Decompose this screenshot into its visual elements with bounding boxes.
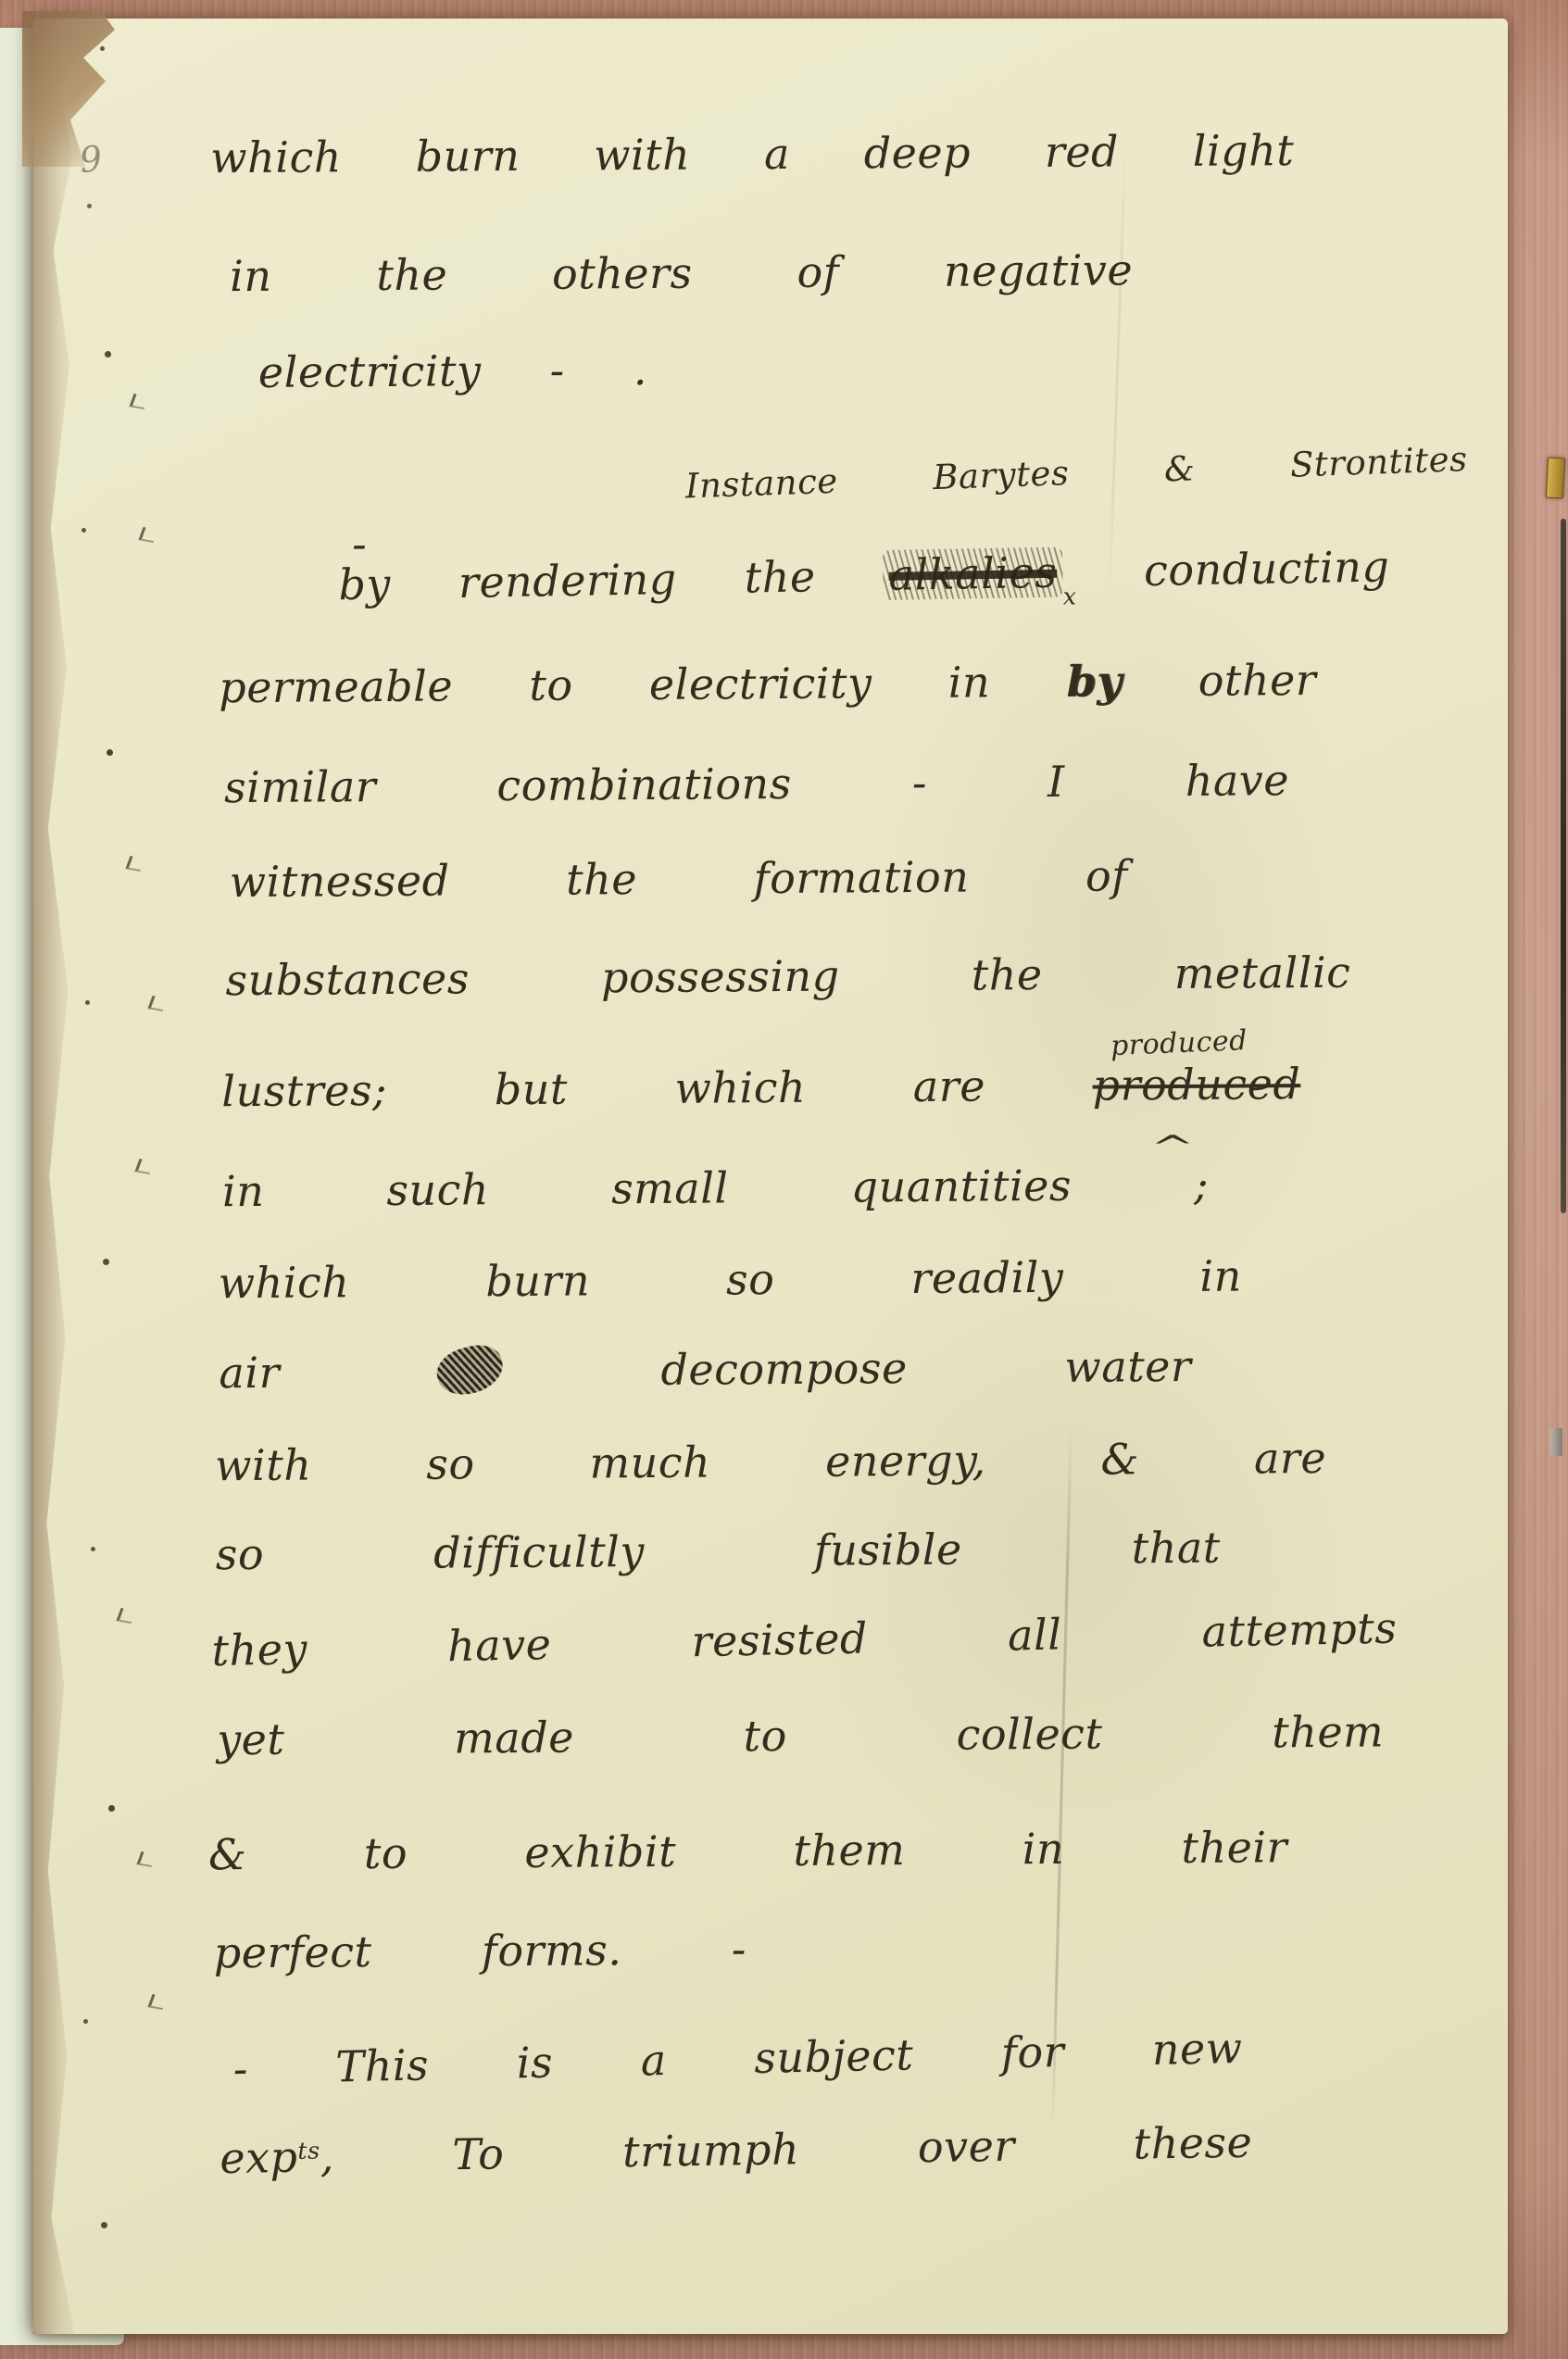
line-text: in the others of negative	[230, 245, 1133, 301]
line-text: air	[219, 1347, 437, 1399]
line-text: which burn so readily in	[219, 1251, 1242, 1309]
line-text: yet made to collect them	[217, 1706, 1384, 1764]
manuscript-text: which burn with a deep red light in the …	[0, 0, 1568, 2359]
insertion-caret: x	[1063, 583, 1077, 609]
line-text: - This is a subject for new	[232, 2023, 1243, 2094]
manuscript-line: so difficultly fusible that	[216, 1524, 1221, 1579]
ink-blot: &	[433, 1339, 508, 1400]
line-text: , To triumph over these	[320, 2117, 1252, 2182]
manuscript-line: & to exhibit them in their	[208, 1823, 1287, 1879]
manuscript-line: which burn so readily in	[219, 1252, 1242, 1309]
manuscript-line: witnessed the formation of	[230, 851, 1128, 907]
line-text: by rendering the	[338, 550, 884, 609]
line-text: so difficultly fusible that	[216, 1523, 1221, 1580]
line-text: witnessed the formation of	[230, 850, 1128, 907]
line-text: permeable to electricity in	[219, 657, 1067, 712]
manuscript-line: with so much energy, & are	[215, 1434, 1326, 1490]
line-text: exp	[220, 2132, 298, 2183]
superscript-abbreviation: ts	[297, 2138, 320, 2165]
manuscript-line: lustres; but which are produced	[221, 1060, 1300, 1116]
manuscript-line: similar combinations - I have	[224, 756, 1289, 812]
brass-pin	[1546, 458, 1565, 499]
manuscript-line: expts, To triumph over these	[220, 2118, 1253, 2183]
line-text: which burn with a deep red light	[210, 125, 1294, 182]
line-text: other	[1122, 655, 1316, 706]
manuscript-line: yet made to collect them	[217, 1707, 1384, 1764]
line-text: lustres; but which are	[221, 1060, 1093, 1117]
line-text: & to exhibit them in their	[208, 1822, 1287, 1879]
desk-background: { "colors": { "paper": "#e9e6c6", "under…	[0, 0, 1568, 2359]
manuscript-line: electricity - .	[258, 345, 647, 397]
line-text: substances possessing the metallic	[225, 947, 1350, 1005]
line-text: perfect forms. -	[214, 1924, 746, 1977]
interline-note: Instance Barytes & Strontites	[684, 440, 1468, 507]
metal-pin	[1550, 1428, 1562, 1456]
struck-word: alkalies	[883, 547, 1063, 600]
manuscript-line: air & decompose water	[219, 1342, 1191, 1398]
manuscript-line: in the others of negative	[230, 245, 1133, 301]
struck-word: produced	[1092, 1059, 1300, 1110]
line-text: decompose water	[504, 1341, 1192, 1396]
line-text: in such small quantities ;	[222, 1160, 1209, 1216]
line-text: they have resisted all attempts	[211, 1603, 1398, 1676]
line-text: similar combinations - I have	[224, 755, 1289, 812]
manuscript-line: permeable to electricity in by other	[219, 656, 1316, 712]
interline-insertion: produced	[1110, 1023, 1305, 1062]
dark-edge-object	[1561, 519, 1566, 1213]
manuscript-line: - This is a subject for new	[232, 2024, 1243, 2094]
manuscript-line: they have resisted all attempts	[211, 1604, 1398, 1675]
manuscript-line: by rendering the alkaliesx conducting	[338, 542, 1390, 622]
inserted-word: produced	[1110, 1024, 1248, 1062]
overwritten-word: by	[1066, 656, 1122, 706]
manuscript-line: which burn with a deep red light	[210, 126, 1294, 182]
line-text: with so much energy, & are	[215, 1433, 1326, 1490]
line-text: Instance Barytes & Strontites	[684, 439, 1468, 506]
manuscript-line: substances possessing the metallic	[225, 948, 1350, 1005]
manuscript-line: perfect forms. -	[214, 1925, 746, 1977]
line-text: electricity - .	[258, 345, 647, 397]
inserted-word: conducting	[1076, 541, 1390, 596]
manuscript-line: in such small quantities ;	[222, 1161, 1209, 1216]
